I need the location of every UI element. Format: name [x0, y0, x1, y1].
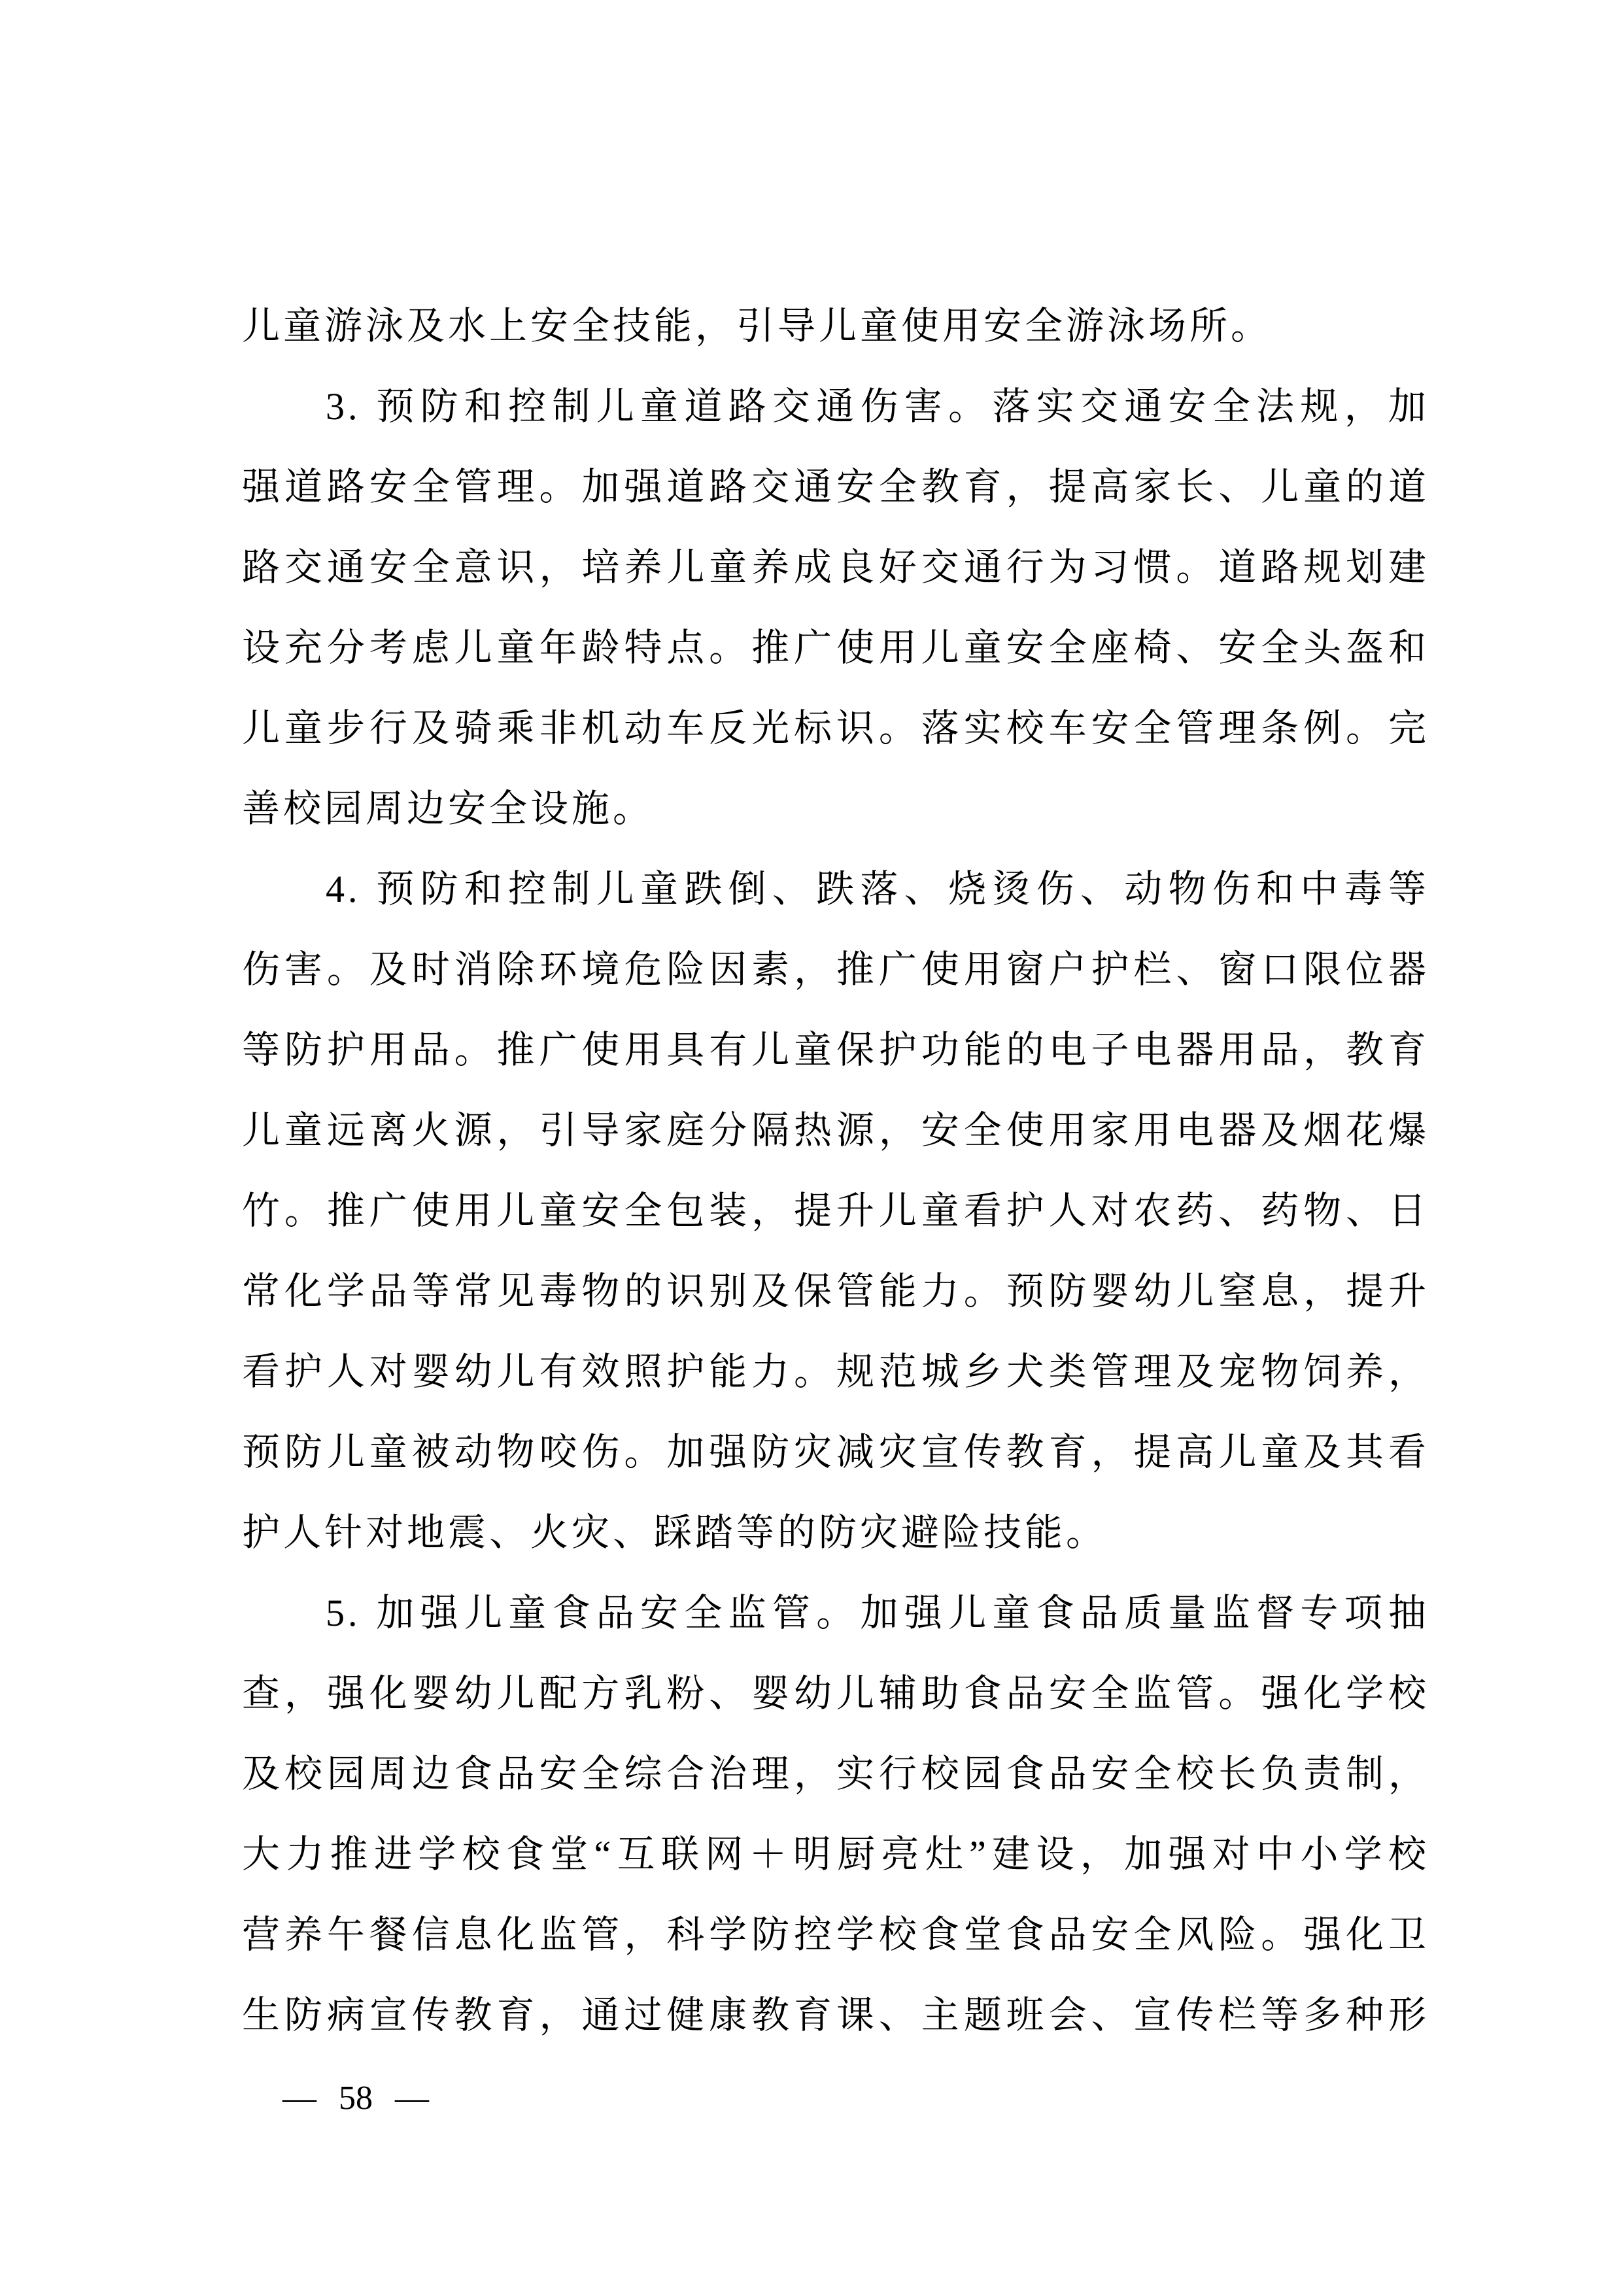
- document-page: 儿童游泳及水上安全技能，引导儿童使用安全游泳场所。3. 预防和控制儿童道路交通伤…: [0, 0, 1623, 2296]
- text-line: 5. 加强儿童食品安全监管。加强儿童食品质量监督专项抽: [242, 1573, 1429, 1653]
- text-line: 儿童游泳及水上安全技能，引导儿童使用安全游泳场所。: [242, 286, 1429, 366]
- text-line: 善校园周边安全设施。: [242, 768, 1429, 849]
- text-line: 大力推进学校食堂“互联网＋明厨亮灶”建设，加强对中小学校: [242, 1814, 1429, 1894]
- text-line: 儿童远离火源，引导家庭分隔热源，安全使用家用电器及烟花爆: [242, 1090, 1429, 1171]
- text-line: 查，强化婴幼儿配方乳粉、婴幼儿辅助食品安全监管。强化学校: [242, 1653, 1429, 1734]
- text-line: 生防病宣传教育，通过健康教育课、主题班会、宣传栏等多种形: [242, 1975, 1429, 2055]
- text-line: 竹。推广使用儿童安全包装，提升儿童看护人对农药、药物、日: [242, 1171, 1429, 1251]
- text-line: 等防护用品。推广使用具有儿童保护功能的电子电器用品，教育: [242, 1010, 1429, 1090]
- body-text: 儿童游泳及水上安全技能，引导儿童使用安全游泳场所。3. 预防和控制儿童道路交通伤…: [242, 286, 1429, 2055]
- footer-dash-left: —: [282, 2080, 316, 2117]
- text-line: 护人针对地震、火灾、踩踏等的防灾避险技能。: [242, 1492, 1429, 1573]
- text-line: 强道路安全管理。加强道路交通安全教育，提高家长、儿童的道: [242, 447, 1429, 527]
- text-line: 常化学品等常见毒物的识别及保管能力。预防婴幼儿窒息，提升: [242, 1251, 1429, 1331]
- text-line: 营养午餐信息化监管，科学防控学校食堂食品安全风险。强化卫: [242, 1894, 1429, 1975]
- text-line: 伤害。及时消除环境危险因素，推广使用窗户护栏、窗口限位器: [242, 929, 1429, 1010]
- footer-dash-right: —: [395, 2080, 429, 2117]
- page-footer: —58—: [282, 2080, 429, 2117]
- text-line: 儿童步行及骑乘非机动车反光标识。落实校车安全管理条例。完: [242, 688, 1429, 768]
- text-line: 4. 预防和控制儿童跌倒、跌落、烧烫伤、动物伤和中毒等: [242, 849, 1429, 929]
- text-line: 及校园周边食品安全综合治理，实行校园食品安全校长负责制，: [242, 1734, 1429, 1814]
- text-line: 设充分考虑儿童年龄特点。推广使用儿童安全座椅、安全头盔和: [242, 608, 1429, 688]
- footer-page-number: 58: [339, 2080, 373, 2117]
- text-line: 3. 预防和控制儿童道路交通伤害。落实交通安全法规，加: [242, 366, 1429, 447]
- text-line: 看护人对婴幼儿有效照护能力。规范城乡犬类管理及宠物饲养，: [242, 1331, 1429, 1412]
- text-line: 路交通安全意识，培养儿童养成良好交通行为习惯。道路规划建: [242, 527, 1429, 608]
- text-line: 预防儿童被动物咬伤。加强防灾减灾宣传教育，提高儿童及其看: [242, 1412, 1429, 1492]
